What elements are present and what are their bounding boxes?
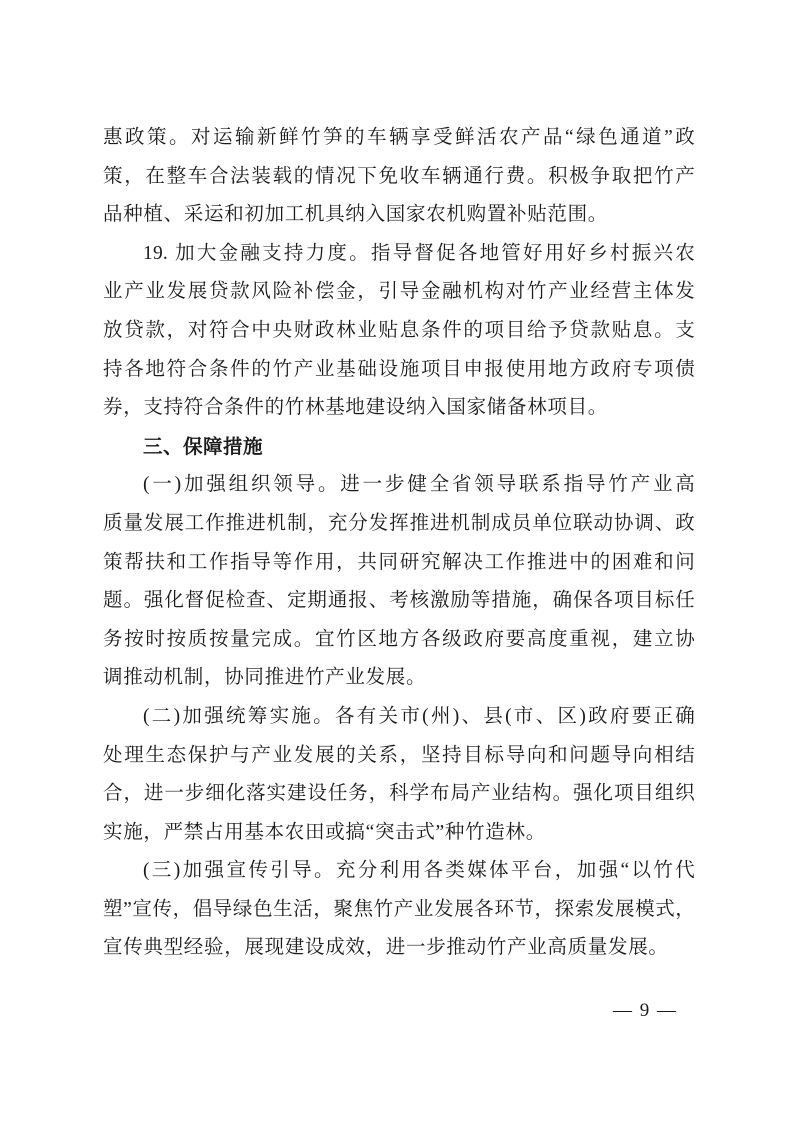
para-safeguard-2-line-1: (二)加强统筹实施。各有关市(州)、县(市、区)政府要正确 [103, 698, 695, 737]
para-item19-line-3: 放贷款，对符合中央财政林业贴息条件的项目给予贷款贴息。支 [103, 312, 695, 351]
para-item18-continuation-line-3: 品种植、采运和初加工机具纳入国家农机购置补贴范围。 [103, 196, 695, 235]
para-safeguard-2-line-4: 实施，严禁占用基本农田或搞“突击式”种竹造林。 [103, 814, 695, 853]
para-item19-line-5: 券，支持符合条件的竹林基地建设纳入国家储备林项目。 [103, 389, 695, 428]
para-item18-continuation-line-2: 策，在整车合法装载的情况下免收车辆通行费。积极争取把竹产 [103, 158, 695, 197]
para-item18-continuation-line-1: 惠政策。对运输新鲜竹笋的车辆享受鲜活农产品“绿色通道”政 [103, 119, 695, 158]
para-safeguard-3-line-2: 塑”宣传，倡导绿色生活，聚焦竹产业发展各环节，探索发展模式， [103, 891, 695, 930]
page-number: — 9 — [613, 1000, 678, 1022]
para-item19-line-1: 19. 加大金融支持力度。指导督促各地管好用好乡村振兴农 [103, 235, 695, 274]
para-item19-line-2: 业产业发展贷款风险补偿金，引导金融机构对竹产业经营主体发 [103, 273, 695, 312]
para-safeguard-2-line-3: 合，进一步细化落实建设任务，科学布局产业结构。强化项目组织 [103, 775, 695, 814]
para-safeguard-1-line-3: 策帮扶和工作指导等作用，共同研究解决工作推进中的困难和问 [103, 544, 695, 583]
para-safeguard-3-line-3: 宣传典型经验，展现建设成效，进一步推动竹产业高质量发展。 [103, 929, 695, 968]
para-item19-line-4: 持各地符合条件的竹产业基础设施项目申报使用地方政府专项债 [103, 351, 695, 390]
para-safeguard-1-line-2: 质量发展工作推进机制，充分发挥推进机制成员单位联动协调、政 [103, 505, 695, 544]
para-safeguard-1-line-4: 题。强化督促检查、定期通报、考核激励等措施，确保各项目标任 [103, 582, 695, 621]
text-block: 惠政策。对运输新鲜竹笋的车辆享受鲜活农产品“绿色通道”政策，在整车合法装载的情况… [103, 119, 695, 968]
para-safeguard-1-line-6: 调推动机制，协同推进竹产业发展。 [103, 659, 695, 698]
para-safeguard-1-line-5: 务按时按质按量完成。宜竹区地方各级政府要高度重视，建立协 [103, 621, 695, 660]
para-safeguard-2-line-2: 处理生态保护与产业发展的关系，坚持目标导向和问题导向相结 [103, 737, 695, 776]
document-page: 惠政策。对运输新鲜竹笋的车辆享受鲜活农产品“绿色通道”政策，在整车合法装载的情况… [0, 0, 794, 1123]
para-safeguard-3-line-1: (三)加强宣传引导。充分利用各类媒体平台，加强“以竹代 [103, 852, 695, 891]
section-heading-3-line-1: 三、保障措施 [103, 428, 695, 467]
para-safeguard-1-line-1: (一)加强组织领导。进一步健全省领导联系指导竹产业高 [103, 466, 695, 505]
